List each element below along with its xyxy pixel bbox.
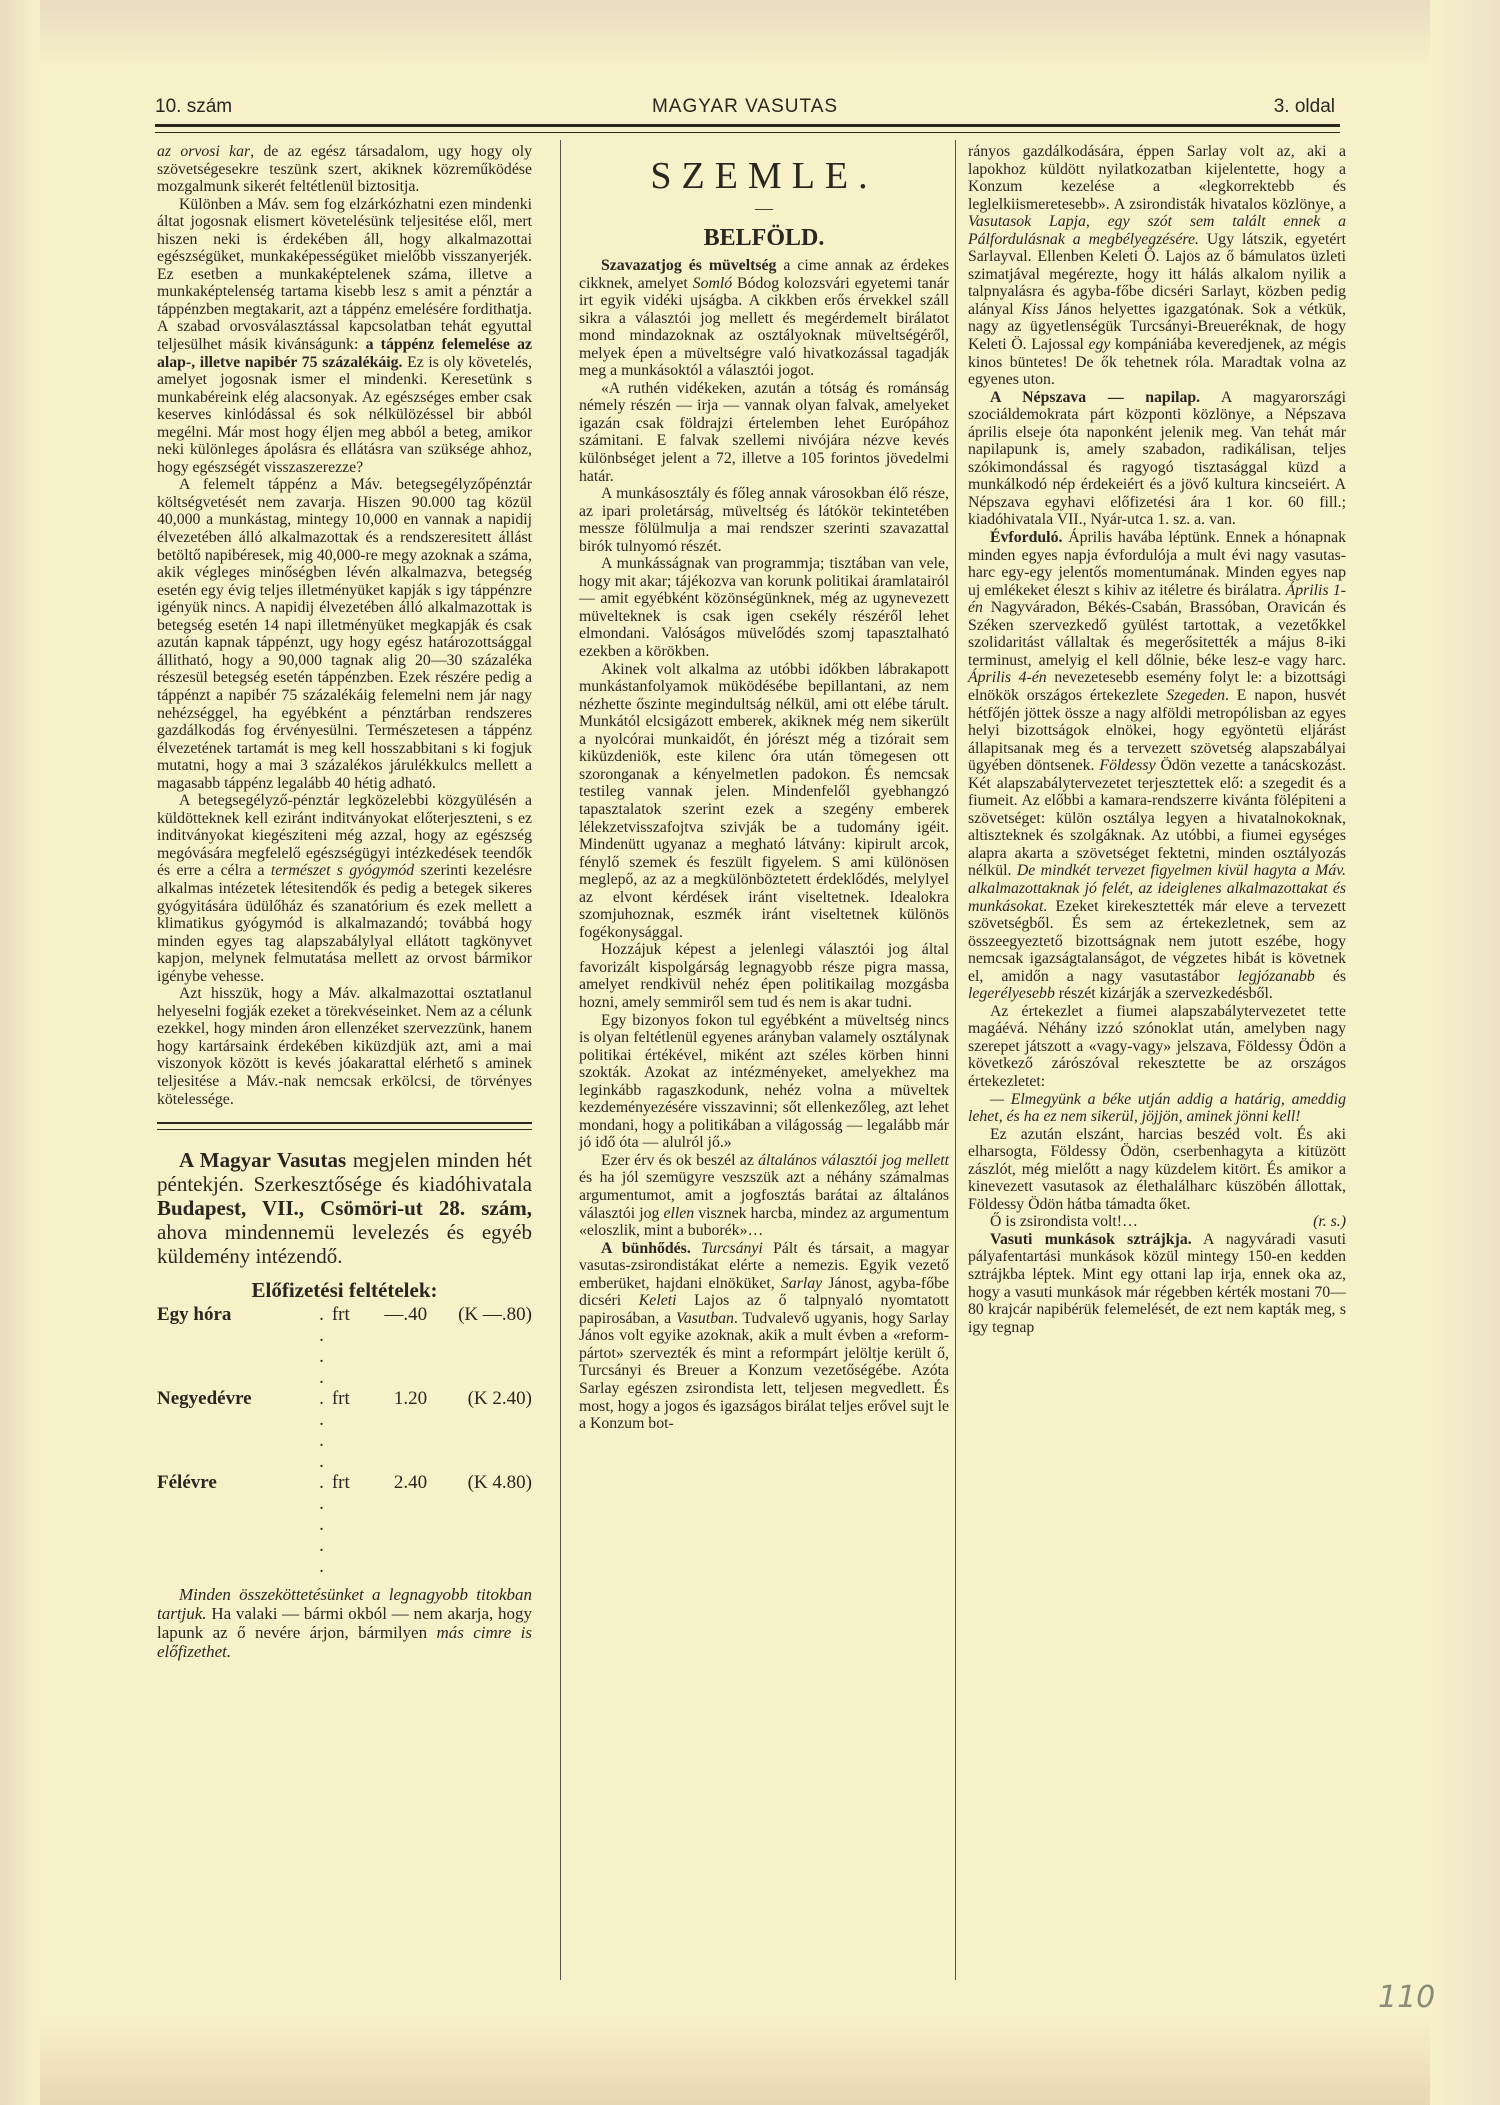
page-header: 10. szám MAGYAR VASUTAS 3. oldal	[155, 92, 1335, 122]
paragraph: Vasuti munkások sztrájkja. A nagyváradi …	[968, 1231, 1346, 1336]
period-label: Egy hóra	[157, 1304, 319, 1388]
section-title-szemle: SZEMLE.	[579, 155, 949, 197]
subscription-price-table: Egy hóra. . . .frt—.40(K —.80)Negyedévre…	[157, 1304, 532, 1577]
paper-edge-right	[1430, 0, 1500, 2105]
leader-dots: . . . .	[319, 1388, 332, 1472]
subscription-title: Előfizetési feltételek:	[157, 1282, 532, 1300]
paragraph: Szavazatjog és müveltség a cime annak az…	[579, 257, 949, 380]
paragraph: Ez azután elszánt, harcias beszéd volt. …	[968, 1126, 1346, 1214]
k-price: (K —.80)	[427, 1304, 532, 1388]
paragraph: A munkásosztály és főleg annak városokba…	[579, 485, 949, 555]
column-3: rányos gazdálkodására, éppen Sarlay volt…	[968, 143, 1346, 1336]
paper-edge-top	[0, 0, 1500, 70]
paragraph: Különben a Máv. sem fog elzárkózhatni ez…	[157, 196, 532, 477]
column-3-articles: rányos gazdálkodására, éppen Sarlay volt…	[968, 143, 1346, 1336]
price-row: Egy hóra. . . .frt—.40(K —.80)	[157, 1304, 532, 1388]
paragraph: Ezer érv és ok beszél az általános válas…	[579, 1152, 949, 1240]
column-divider	[560, 140, 561, 1980]
column-2-articles: Szavazatjog és müveltség a cime annak az…	[579, 257, 949, 1433]
handwritten-page-number: 110	[1378, 1980, 1435, 2015]
paragraph: Akinek volt alkalma az utóbbi időkben lá…	[579, 661, 949, 942]
paragraph: A bünhődés. Turcsányi Pált és társait, a…	[579, 1240, 949, 1433]
header-rule	[155, 124, 1340, 133]
column-2: SZEMLE. — BELFÖLD. Szavazatjog és müvelt…	[579, 143, 949, 1433]
paragraph: Egy bizonyos fokon tul egyébként a müvel…	[579, 1012, 949, 1152]
price-row: Negyedévre. . . .frt1.20(K 2.40)	[157, 1388, 532, 1472]
currency: frt	[332, 1388, 370, 1472]
paragraph: Azt hisszük, hogy a Máv. alkalmazottai o…	[157, 985, 532, 1108]
paragraph: Az értekezlet a fiumei alapszabálytervez…	[968, 1003, 1346, 1091]
paragraph: Hozzájuk képest a jelenlegi választói jo…	[579, 941, 949, 1011]
currency: frt	[332, 1472, 370, 1577]
leader-dots: . . . . .	[319, 1472, 332, 1577]
paragraph: az orvosi kar, de az egész társadalom, u…	[157, 143, 532, 196]
paragraph: Évforduló. Április havába léptünk. Ennek…	[968, 529, 1346, 1003]
column-1-article: az orvosi kar, de az egész társadalom, u…	[157, 143, 532, 1108]
title-dash: —	[579, 199, 949, 217]
column-divider	[955, 140, 956, 1980]
paragraph: A felemelt táppénz a Máv. betegsegélyzőp…	[157, 476, 532, 792]
period-label: Negyedévre	[157, 1388, 319, 1472]
paragraph: A Népszava — napilap. A magyarországi sz…	[968, 389, 1346, 529]
section-separator	[157, 1122, 532, 1130]
publication-notice-text: A Magyar Vasutas megjelen minden hét pén…	[157, 1148, 532, 1268]
price: —.40	[370, 1304, 427, 1388]
price: 2.40	[370, 1472, 427, 1577]
paragraph: Ő is zsirondista volt!… (r. s.)	[968, 1213, 1346, 1231]
subsection-title-belfold: BELFÖLD.	[579, 223, 949, 253]
paper-edge-left	[0, 0, 40, 2105]
price: 1.20	[370, 1388, 427, 1472]
paper-edge-bottom	[0, 2015, 1500, 2105]
paragraph: A betegsegélyző-pénztár legközelebbi köz…	[157, 792, 532, 985]
price-row: Félévre. . . . .frt2.40(K 4.80)	[157, 1472, 532, 1577]
leader-dots: . . . .	[319, 1304, 332, 1388]
publication-notice: A Magyar Vasutas megjelen minden hét pén…	[157, 1148, 532, 1268]
paragraph: rányos gazdálkodására, éppen Sarlay volt…	[968, 143, 1346, 389]
currency: frt	[332, 1304, 370, 1388]
k-price: (K 2.40)	[427, 1388, 532, 1472]
k-price: (K 4.80)	[427, 1472, 532, 1577]
newspaper-title: MAGYAR VASUTAS	[155, 96, 1335, 118]
page-number: 3. oldal	[1274, 96, 1335, 118]
paragraph: — Elmegyünk a béke utján addig a határig…	[968, 1091, 1346, 1126]
column-1: az orvosi kar, de az egész társadalom, u…	[157, 143, 532, 1661]
period-label: Félévre	[157, 1472, 319, 1577]
paragraph: «A ruthén vidékeken, azután a tótság és …	[579, 380, 949, 485]
paragraph: A munkásságnak van programmja; tisztában…	[579, 555, 949, 660]
subscription-note: Minden összeköttetésünket a legnagyobb t…	[157, 1585, 532, 1661]
